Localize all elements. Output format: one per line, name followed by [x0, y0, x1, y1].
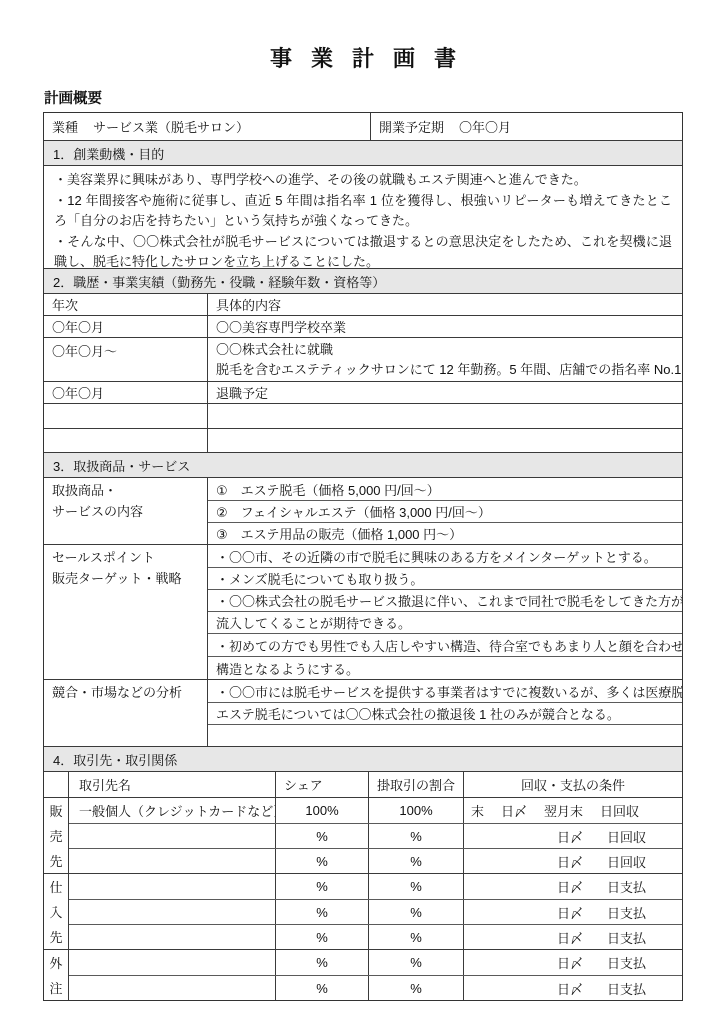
partner-row: % % 日〆 日支払 [69, 899, 682, 924]
strategy-line: 流入してくることが期待できる。 [208, 611, 682, 633]
group-label-char: 入 [49, 902, 62, 921]
bullet-paragraph: ・美容業界に興味があり、専門学校への進学、その後の就職もエステ関連へと進んできた… [54, 170, 672, 191]
terms-cell: 日〆 日支払 [464, 925, 682, 949]
section3-heading: 3．取扱商品・サービス [44, 452, 682, 477]
industry-value: サービス業（脱毛サロン） [93, 117, 249, 136]
credit-ratio-column-header: 掛取引の割合 [369, 772, 464, 797]
sales-partners-group: 販 売 先 一般個人（クレジットカードなど） 100% 100% 末 日〆 翌月… [44, 797, 682, 873]
section4-heading: 4．取引先・取引関係 [44, 746, 682, 771]
strategy-line: 構造となるようにする。 [208, 656, 682, 679]
partner-name-cell: 一般個人（クレジットカードなど） [69, 798, 276, 823]
group-label-sales: 販 売 先 [44, 798, 69, 873]
terms-part: 翌月末 [544, 801, 583, 820]
share-cell: % [276, 900, 369, 924]
partner-row: % % 日〆 日支払 [69, 950, 682, 975]
strategy-line: ・〇〇市、その近隣の市で脱毛に興味のある方をメインターゲットとする。 [208, 545, 682, 567]
career-row-empty [44, 403, 682, 428]
partner-name-cell [69, 950, 276, 975]
year-cell: 〇年〇月 [44, 316, 208, 337]
section3-heading-text: 3．取扱商品・サービス [53, 456, 190, 475]
group-label-char: 仕 [49, 877, 62, 896]
plan-overview-heading: 計画概要 [44, 87, 683, 108]
group-label-char: 注 [49, 978, 62, 997]
year-cell: 〇年〇月～ [44, 338, 208, 381]
career-row-empty [44, 428, 682, 452]
products-list: ① エステ脱毛（価格 5,000 円/回～） ② フェイシャルエステ（価格 3,… [208, 478, 682, 544]
opening-date-value: 〇年〇月 [459, 117, 511, 136]
bullet-paragraph: ・12 年間接客や施術に従事し、直近 5 年間は指名率 1 位を獲得し、根強いリ… [54, 191, 672, 232]
products-block: 取扱商品・ サービスの内容 ① エステ脱毛（価格 5,000 円/回～） ② フ… [44, 477, 682, 544]
terms-part: 日支払 [607, 877, 646, 896]
credit-ratio-cell: % [369, 824, 464, 848]
product-item: ③ エステ用品の販売（価格 1,000 円～） [208, 522, 682, 544]
sales-strategy-lines: ・〇〇市、その近隣の市で脱毛に興味のある方をメインターゲットとする。 ・メンズ脱… [208, 545, 682, 679]
career-row: 〇年〇月 〇〇美容専門学校卒業 [44, 315, 682, 337]
group-label-char: 売 [49, 826, 62, 845]
partner-name-cell [69, 900, 276, 924]
year-cell [44, 404, 208, 428]
share-cell: % [276, 849, 369, 873]
plan-table: 業種 サービス業（脱毛サロン） 開業予定期 〇年〇月 1．創業動機・目的 ・美容… [43, 112, 683, 1001]
terms-cell: 末 日〆 翌月末 日回収 [464, 798, 682, 823]
partner-row: 一般個人（クレジットカードなど） 100% 100% 末 日〆 翌月末 日回収 [69, 798, 682, 823]
share-column-header: シェア [276, 772, 369, 797]
partner-name-cell [69, 849, 276, 873]
opening-date-cell: 開業予定期 〇年〇月 [371, 113, 682, 140]
section1-heading: 1．創業動機・目的 [44, 140, 682, 165]
competition-label: 競合・市場などの分析 [44, 680, 208, 746]
year-cell: 〇年〇月 [44, 382, 208, 403]
group-label-char: 先 [49, 851, 62, 870]
strategy-line: ・メンズ脱毛についても取り扱う。 [208, 567, 682, 589]
detail-column-header: 具体的内容 [208, 294, 682, 315]
terms-cell: 日〆 日支払 [464, 976, 682, 1000]
terms-cell: 日〆 日回収 [464, 824, 682, 848]
competition-block: 競合・市場などの分析 ・〇〇市には脱毛サービスを提供する事業者はすでに複数いるが… [44, 679, 682, 746]
terms-cell: 日〆 日支払 [464, 950, 682, 975]
terms-part: 日〆 [557, 979, 583, 998]
detail-cell: 退職予定 [208, 382, 682, 403]
career-row: 〇年〇月 退職予定 [44, 381, 682, 403]
section1-heading-text: 1．創業動機・目的 [53, 144, 164, 163]
detail-line: 〇〇株式会社に就職 [216, 340, 333, 360]
partner-row: % % 日〆 日支払 [69, 874, 682, 899]
share-cell: 100% [276, 798, 369, 823]
terms-part: 末 [471, 801, 484, 820]
sales-strategy-label: セールスポイント 販売ターゲット・戦略 [44, 545, 208, 679]
detail-cell [208, 429, 682, 452]
group-label-suppliers: 仕 入 先 [44, 874, 69, 949]
sales-strategy-label-line: 販売ターゲット・戦略 [52, 568, 199, 589]
detail-cell: 〇〇株式会社に就職 脱毛を含むエステティックサロンにて 12 年勤務。5 年間、… [208, 338, 682, 381]
business-plan-document: 事業計画書 計画概要 業種 サービス業（脱毛サロン） 開業予定期 〇年〇月 1．… [0, 0, 725, 1024]
products-label-line: 取扱商品・ [52, 480, 199, 501]
sales-strategy-block: セールスポイント 販売ターゲット・戦略 ・〇〇市、その近隣の市で脱毛に興味のある… [44, 544, 682, 679]
year-cell [44, 429, 208, 452]
terms-part: 日支払 [607, 928, 646, 947]
terms-cell: 日〆 日支払 [464, 900, 682, 924]
section2-heading-text: 2．職歴・事業実績（勤務先・役職・経験年数・資格等） [53, 272, 385, 291]
sales-strategy-label-line: セールスポイント [52, 547, 199, 568]
section1-body: ・美容業界に興味があり、専門学校への進学、その後の就職もエステ関連へと進んできた… [44, 165, 682, 268]
outsourcing-group: 外 注 % % 日〆 日支払 % % 日 [44, 949, 682, 1000]
share-cell: % [276, 950, 369, 975]
products-label-line: サービスの内容 [52, 501, 199, 522]
partner-row: % % 日〆 日支払 [69, 924, 682, 949]
terms-part: 日〆 [557, 903, 583, 922]
terms-part: 日支払 [607, 953, 646, 972]
industry-cell: 業種 サービス業（脱毛サロン） [44, 113, 371, 140]
terms-part: 日支払 [607, 903, 646, 922]
group-label-outsourcing: 外 注 [44, 950, 69, 1000]
terms-part: 日〆 [557, 928, 583, 947]
terms-cell: 日〆 日回収 [464, 849, 682, 873]
credit-ratio-cell: % [369, 900, 464, 924]
terms-part: 日回収 [607, 827, 646, 846]
terms-part: 日〆 [501, 801, 527, 820]
partner-type-column-header [44, 772, 69, 797]
year-column-header: 年次 [44, 294, 208, 315]
career-row: 〇年〇月～ 〇〇株式会社に就職 脱毛を含むエステティックサロンにて 12 年勤務… [44, 337, 682, 381]
overview-row: 業種 サービス業（脱毛サロン） 開業予定期 〇年〇月 [44, 113, 682, 140]
product-item: ① エステ脱毛（価格 5,000 円/回～） [208, 478, 682, 500]
products-label: 取扱商品・ サービスの内容 [44, 478, 208, 544]
terms-part: 日回収 [607, 852, 646, 871]
competition-lines: ・〇〇市には脱毛サービスを提供する事業者はすでに複数いるが、多くは医療脱毛であり… [208, 680, 682, 746]
detail-cell [208, 404, 682, 428]
group-label-char: 販 [49, 801, 62, 820]
credit-ratio-cell: % [369, 950, 464, 975]
credit-ratio-cell: % [369, 849, 464, 873]
partner-row: % % 日〆 日支払 [69, 975, 682, 1000]
competition-line: エステ脱毛については〇〇株式会社の撤退後 1 社のみが競合となる。 [208, 702, 682, 724]
strategy-line: ・初めての方でも男性でも入店しやすい構造、待合室でもあまり人と顔を合わせずにすむ [208, 633, 682, 656]
detail-cell: 〇〇美容専門学校卒業 [208, 316, 682, 337]
partner-row: % % 日〆 日回収 [69, 848, 682, 873]
terms-part: 日〆 [557, 827, 583, 846]
credit-ratio-cell: 100% [369, 798, 464, 823]
partner-name-cell [69, 976, 276, 1000]
strategy-line: ・〇〇株式会社の脱毛サービス撤退に伴い、これまで同社で脱毛をしてきた方が顧客とし… [208, 589, 682, 611]
credit-ratio-cell: % [369, 925, 464, 949]
terms-cell: 日〆 日支払 [464, 874, 682, 899]
share-cell: % [276, 976, 369, 1000]
terms-part: 日〆 [557, 852, 583, 871]
opening-date-label: 開業予定期 [379, 117, 444, 136]
detail-line: 脱毛を含むエステティックサロンにて 12 年勤務。5 年間、店舗での指名率 No… [216, 360, 682, 380]
share-cell: % [276, 824, 369, 848]
page-title: 事業計画書 [43, 46, 683, 72]
suppliers-group: 仕 入 先 % % 日〆 日支払 % % [44, 873, 682, 949]
terms-column-header: 回収・支払の条件 [464, 772, 682, 797]
group-label-char: 先 [49, 927, 62, 946]
bullet-paragraph: ・そんな中、〇〇株式会社が脱毛サービスについては撤退するとの意思決定をしたため、… [54, 232, 672, 268]
partner-name-cell [69, 824, 276, 848]
credit-ratio-cell: % [369, 976, 464, 1000]
terms-part: 日〆 [557, 877, 583, 896]
terms-part: 日回収 [600, 801, 639, 820]
section4-heading-text: 4．取引先・取引関係 [53, 750, 177, 769]
terms-part: 日支払 [607, 979, 646, 998]
competition-line [208, 724, 682, 746]
partner-row: % % 日〆 日回収 [69, 823, 682, 848]
career-header-row: 年次 具体的内容 [44, 293, 682, 315]
product-item: ② フェイシャルエステ（価格 3,000 円/回～） [208, 500, 682, 522]
partner-name-cell [69, 874, 276, 899]
competition-line: ・〇〇市には脱毛サービスを提供する事業者はすでに複数いるが、多くは医療脱毛であり… [208, 680, 682, 702]
section2-heading: 2．職歴・事業実績（勤務先・役職・経験年数・資格等） [44, 268, 682, 293]
share-cell: % [276, 925, 369, 949]
partner-name-cell [69, 925, 276, 949]
group-label-char: 外 [49, 953, 62, 972]
share-cell: % [276, 874, 369, 899]
terms-part: 日〆 [557, 953, 583, 972]
partners-header-row: 取引先名 シェア 掛取引の割合 回収・支払の条件 [44, 771, 682, 797]
industry-label: 業種 [52, 117, 78, 136]
partner-name-column-header: 取引先名 [69, 772, 276, 797]
credit-ratio-cell: % [369, 874, 464, 899]
